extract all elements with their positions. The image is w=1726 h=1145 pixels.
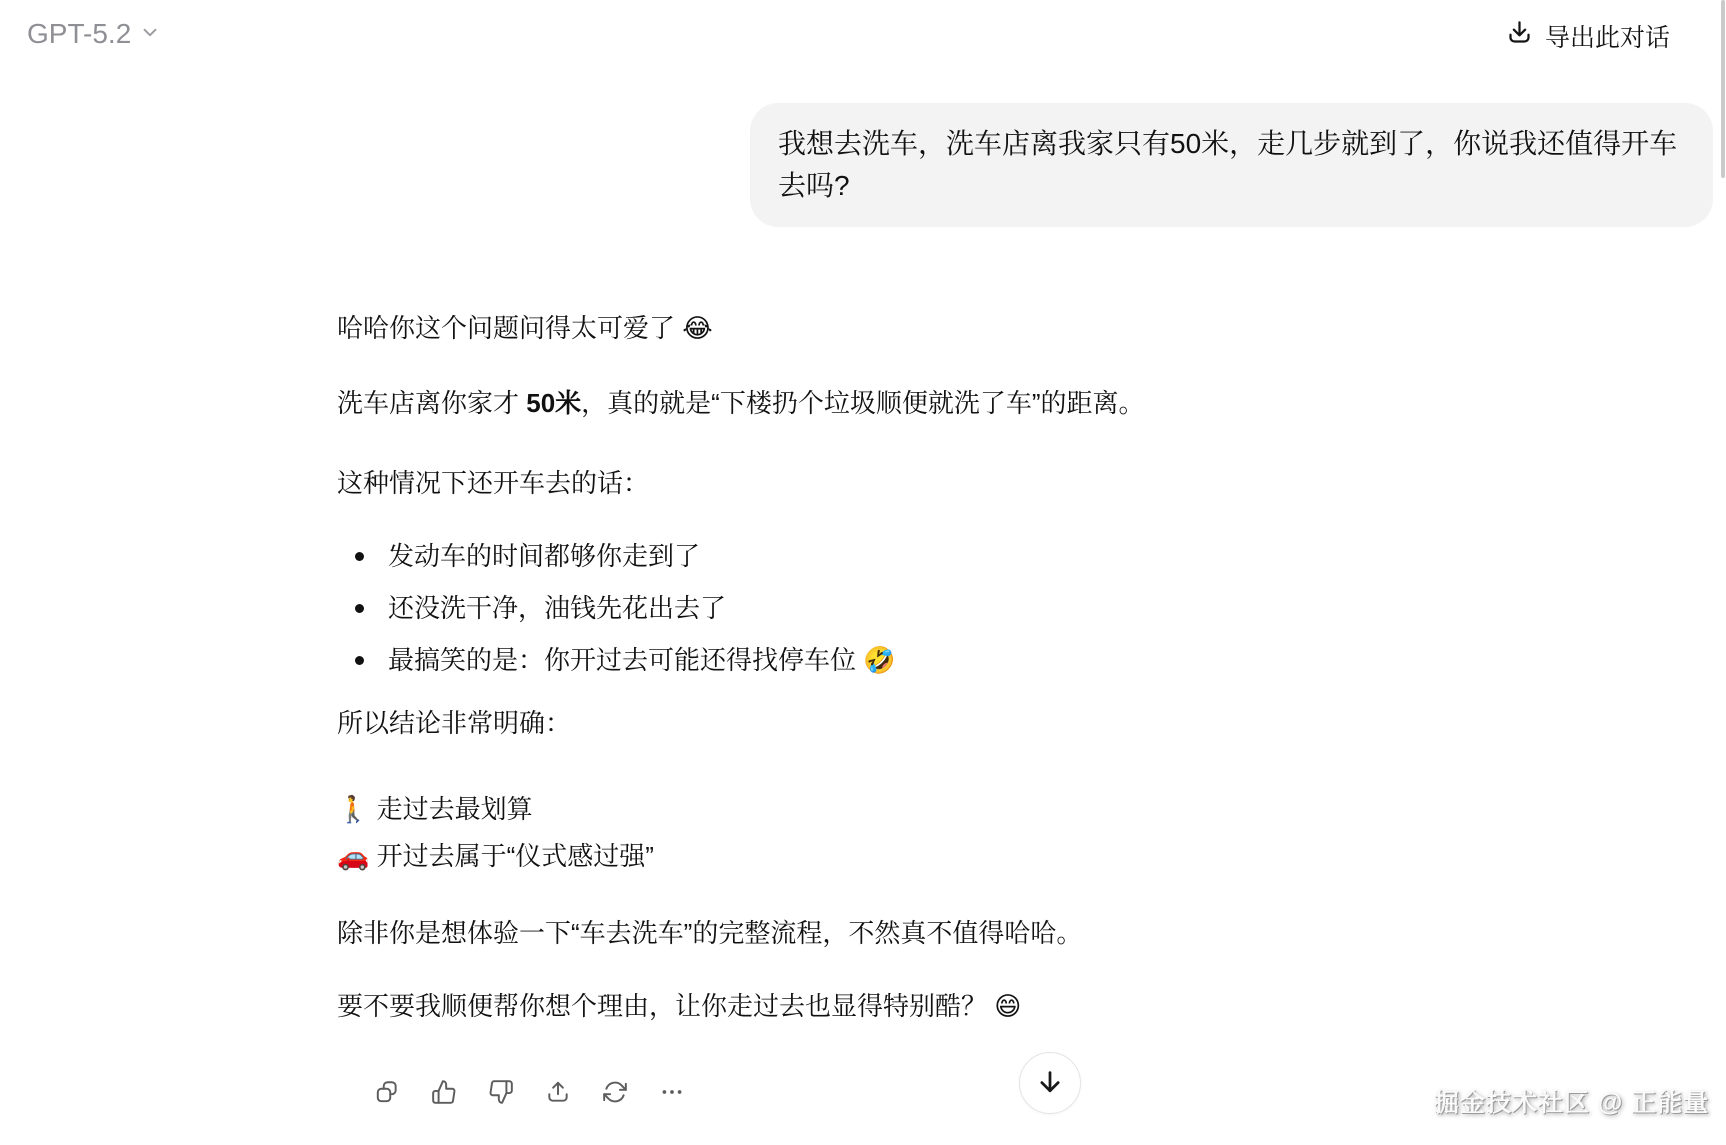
chat-window: GPT-5.2 导出此对话 我想去洗车，洗车店离我家只有50米，走几步就到了，你… bbox=[0, 0, 1726, 1145]
distance-prefix: 洗车店离你家才 bbox=[337, 388, 526, 418]
watermark-text: 掘金技术社区 @ 正能量 bbox=[1434, 1083, 1709, 1119]
thumbs-up-button[interactable] bbox=[431, 1080, 457, 1106]
model-selector[interactable]: GPT-5.2 bbox=[27, 18, 161, 50]
assistant-bullet-list: 发动车的时间都够你走到了 还没洗干净，油钱先花出去了 最搞笑的是：你开过去可能还… bbox=[337, 539, 896, 695]
conclusion-drive-line: 🚗 开过去属于“仪式感过强” bbox=[337, 833, 654, 880]
copy-button[interactable] bbox=[374, 1080, 400, 1106]
thumbs-down-button[interactable] bbox=[488, 1080, 514, 1106]
bullet-item: 发动车的时间都够你走到了 bbox=[337, 539, 896, 573]
regenerate-icon bbox=[602, 1079, 628, 1108]
distance-bold: 50米 bbox=[526, 388, 581, 418]
more-options-button[interactable] bbox=[659, 1080, 685, 1106]
model-selector-label: GPT-5.2 bbox=[27, 18, 131, 50]
user-message-text: 我想去洗车，洗车店离我家只有50米，走几步就到了，你说我还值得开车去吗? bbox=[778, 128, 1677, 201]
assistant-paragraph-conclusion-intro: 所以结论非常明确： bbox=[337, 706, 571, 740]
thumbs-down-icon bbox=[488, 1079, 514, 1108]
bullet-item: 最搞笑的是：你开过去可能还得找停车位 🤣 bbox=[337, 643, 896, 677]
assistant-paragraph-offer: 要不要我顺便帮你想个理由，让你走过去也显得特别酷？ 😄 bbox=[337, 989, 1021, 1023]
user-message-bubble: 我想去洗车，洗车店离我家只有50米，走几步就到了，你说我还值得开车去吗? bbox=[750, 103, 1713, 227]
copy-icon bbox=[374, 1079, 400, 1108]
share-button[interactable] bbox=[545, 1080, 571, 1106]
share-upload-icon bbox=[545, 1079, 571, 1108]
assistant-paragraph-conclusion: 🚶 走过去最划算 🚗 开过去属于“仪式感过强” bbox=[337, 786, 654, 880]
arrow-down-icon bbox=[1035, 1067, 1065, 1100]
more-dots-icon bbox=[659, 1079, 685, 1108]
regenerate-button[interactable] bbox=[602, 1080, 628, 1106]
distance-suffix: ，真的就是“下楼扔个垃圾顺便就洗了车”的距离。 bbox=[581, 388, 1144, 418]
response-toolbar bbox=[374, 1080, 685, 1106]
download-icon bbox=[1506, 19, 1533, 53]
scroll-to-bottom-button[interactable] bbox=[1019, 1052, 1081, 1114]
assistant-paragraph-intro: 哈哈你这个问题问得太可爱了 😂 bbox=[337, 311, 713, 345]
assistant-paragraph-unless: 除非你是想体验一下“车去洗车”的完整流程，不然真不值得哈哈。 bbox=[337, 916, 1082, 950]
assistant-paragraph-condition: 这种情况下还开车去的话： bbox=[337, 466, 649, 500]
bullet-item: 还没洗干净，油钱先花出去了 bbox=[337, 591, 896, 625]
scrollbar[interactable] bbox=[1721, 0, 1725, 178]
thumbs-up-icon bbox=[431, 1079, 457, 1108]
chevron-down-icon bbox=[139, 18, 161, 50]
export-conversation-button[interactable]: 导出此对话 bbox=[1506, 18, 1670, 54]
export-conversation-label: 导出此对话 bbox=[1545, 18, 1670, 54]
conclusion-walk-line: 🚶 走过去最划算 bbox=[337, 786, 654, 833]
assistant-paragraph-distance: 洗车店离你家才 50米，真的就是“下楼扔个垃圾顺便就洗了车”的距离。 bbox=[337, 386, 1144, 420]
